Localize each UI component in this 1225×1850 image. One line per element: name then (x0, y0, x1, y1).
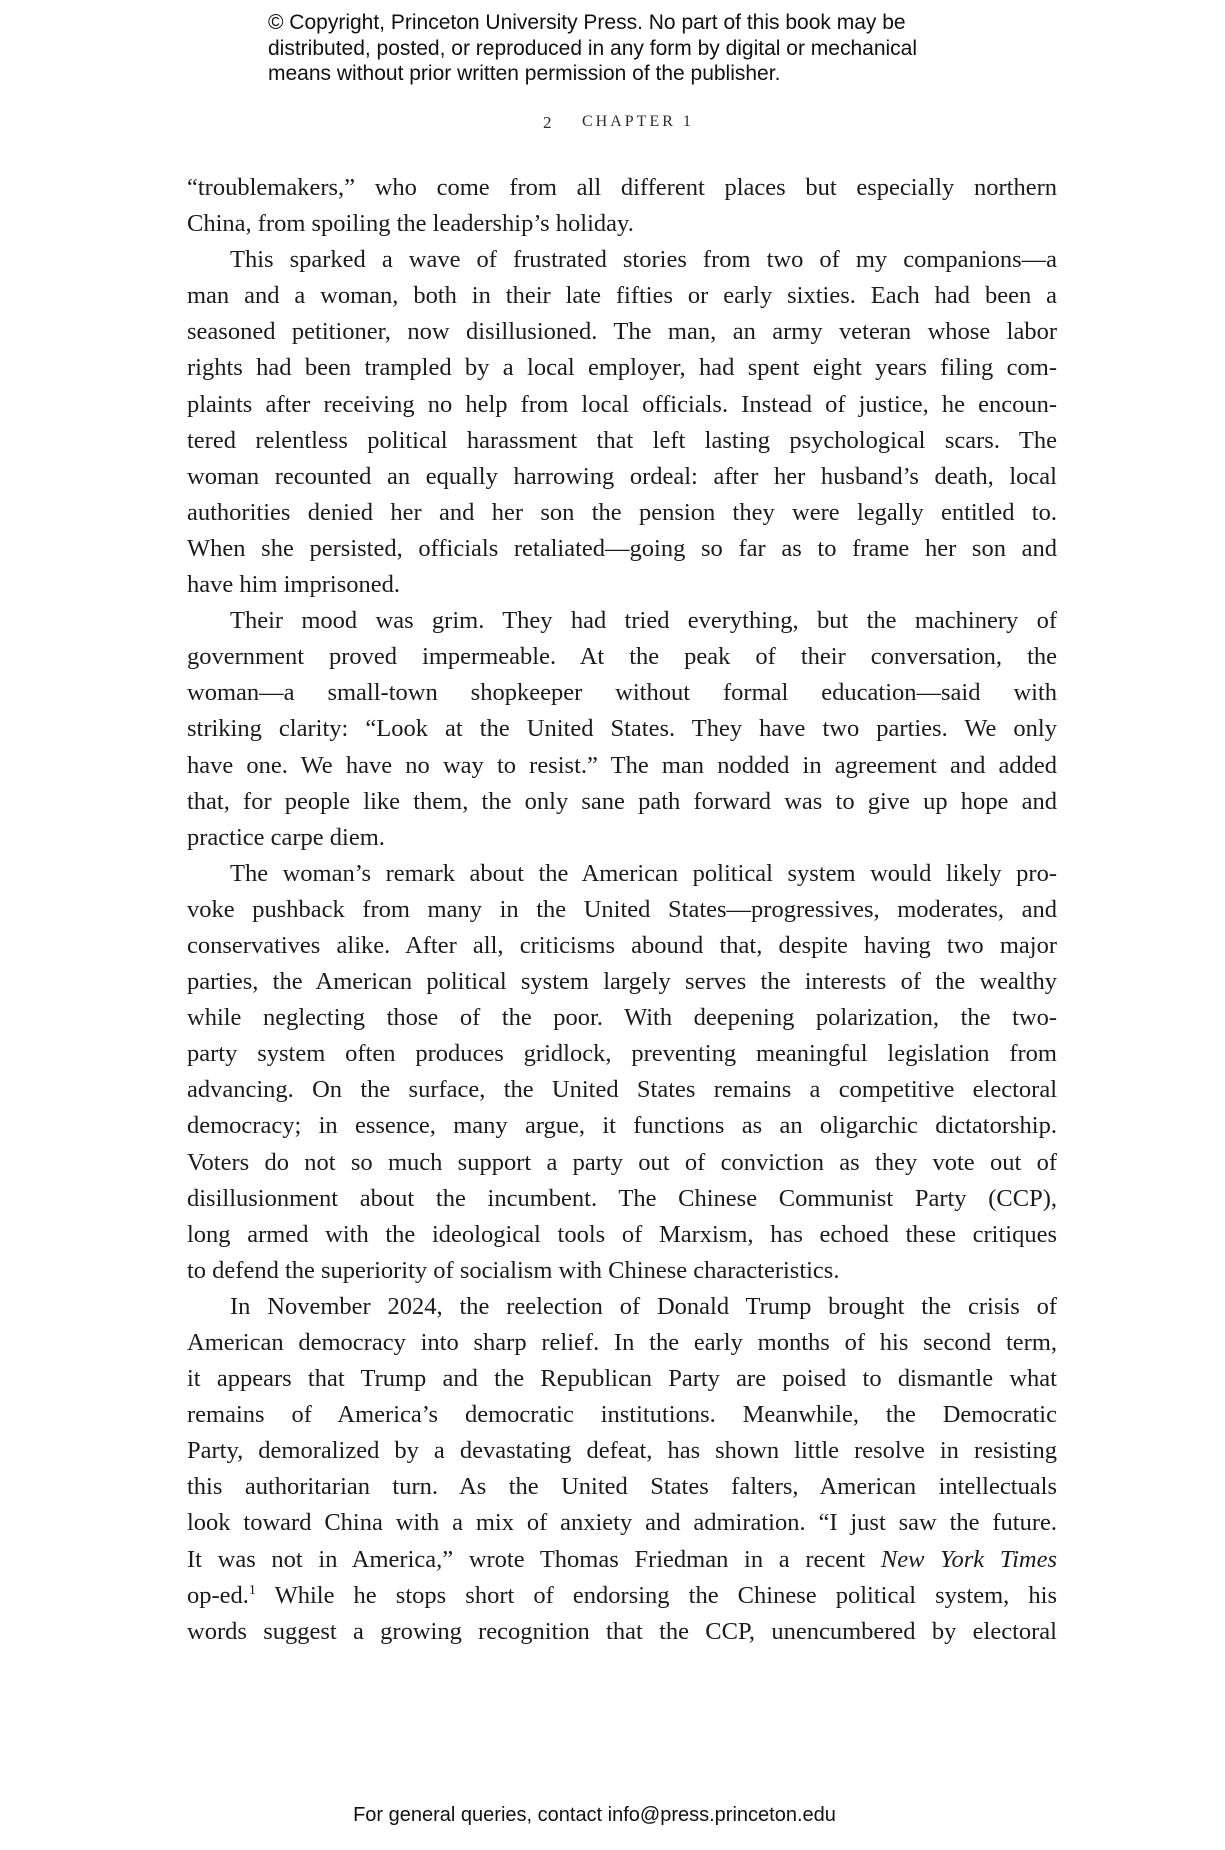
text-line: disillusionment about the incumbent. The… (187, 1181, 1057, 1217)
text-line: it appears that Trump and the Republican… (187, 1361, 1057, 1397)
copyright-line: distributed, posted, or reproduced in an… (268, 36, 988, 62)
text-line-with-italic: It was not in America,” wrote Thomas Fri… (187, 1542, 1057, 1578)
text-line: government proved impermeable. At the pe… (187, 639, 1057, 675)
text-line: woman recounted an equally harrowing ord… (187, 459, 1057, 495)
text-line: advancing. On the surface, the United St… (187, 1072, 1057, 1108)
text-line: seasoned petitioner, now disillusioned. … (187, 314, 1057, 350)
text-line: practice carpe diem. (187, 820, 1057, 856)
text-line: striking clarity: “Look at the United St… (187, 711, 1057, 747)
text-line: conservatives alike. After all, criticis… (187, 928, 1057, 964)
copyright-line: means without prior written permission o… (268, 61, 988, 87)
text-line: look toward China with a mix of anxiety … (187, 1505, 1057, 1541)
text-line: The woman’s remark about the American po… (187, 856, 1057, 892)
paragraph-1: “troublemakers,” who come from all diffe… (187, 170, 1057, 242)
page-number: 2 (543, 113, 552, 133)
text-line: tered relentless political harassment th… (187, 423, 1057, 459)
text-line: “troublemakers,” who come from all diffe… (187, 170, 1057, 206)
text-segment: op-ed. (187, 1582, 249, 1609)
text-line: have one. We have no way to resist.” The… (187, 748, 1057, 784)
text-line: this authoritarian turn. As the United S… (187, 1469, 1057, 1505)
text-line: China, from spoiling the leadership’s ho… (187, 206, 1057, 242)
chapter-label: CHAPTER 1 (582, 113, 694, 131)
text-line: Party, demoralized by a devastating defe… (187, 1433, 1057, 1469)
text-line: to defend the superiority of socialism w… (187, 1253, 1057, 1289)
text-line: have him imprisoned. (187, 567, 1057, 603)
text-line: rights had been trampled by a local empl… (187, 350, 1057, 386)
text-line: long armed with the ideological tools of… (187, 1217, 1057, 1253)
text-line: American democracy into sharp relief. In… (187, 1325, 1057, 1361)
text-line: democracy; in essence, many argue, it fu… (187, 1108, 1057, 1144)
body-text: “troublemakers,” who come from all diffe… (187, 170, 1057, 1650)
text-segment: While he stops short of endorsing the Ch… (256, 1582, 1057, 1609)
text-line: This sparked a wave of frustrated storie… (187, 242, 1057, 278)
text-line: Voters do not so much support a party ou… (187, 1145, 1057, 1181)
text-line: party system often produces gridlock, pr… (187, 1036, 1057, 1072)
paragraph-3: Their mood was grim. They had tried ever… (187, 603, 1057, 856)
text-segment: It was not in America,” wrote Thomas Fri… (187, 1546, 881, 1573)
publication-title: New York Times (881, 1546, 1057, 1573)
text-line: woman—a small-town shopkeeper without fo… (187, 675, 1057, 711)
copyright-notice: © Copyright, Princeton University Press.… (268, 10, 988, 87)
text-line: Their mood was grim. They had tried ever… (187, 603, 1057, 639)
text-line: In November 2024, the reelection of Dona… (187, 1289, 1057, 1325)
paragraph-5: In November 2024, the reelection of Dona… (187, 1289, 1057, 1650)
text-line: words suggest a growing recognition that… (187, 1614, 1057, 1650)
text-line: while neglecting those of the poor. With… (187, 1000, 1057, 1036)
text-line-with-footnote: op-ed.1 While he stops short of endorsin… (187, 1578, 1057, 1614)
text-line: When she persisted, officials retaliated… (187, 531, 1057, 567)
text-line: authorities denied her and her son the p… (187, 495, 1057, 531)
text-line: parties, the American political system l… (187, 964, 1057, 1000)
copyright-line: © Copyright, Princeton University Press.… (268, 10, 988, 36)
text-line: plaints after receiving no help from loc… (187, 387, 1057, 423)
text-line: man and a woman, both in their late fift… (187, 278, 1057, 314)
text-line: voke pushback from many in the United St… (187, 892, 1057, 928)
paragraph-2: This sparked a wave of frustrated storie… (187, 242, 1057, 603)
footnote-reference[interactable]: 1 (249, 1583, 256, 1598)
footer-text: For general queries, contact info@press.… (353, 1804, 836, 1826)
footer-contact: For general queries, contact info@press.… (0, 1803, 1225, 1827)
paragraph-4: The woman’s remark about the American po… (187, 856, 1057, 1289)
running-head: 2 CHAPTER 1 (0, 113, 1225, 137)
text-line: that, for people like them, the only san… (187, 784, 1057, 820)
text-line: remains of America’s democratic institut… (187, 1397, 1057, 1433)
